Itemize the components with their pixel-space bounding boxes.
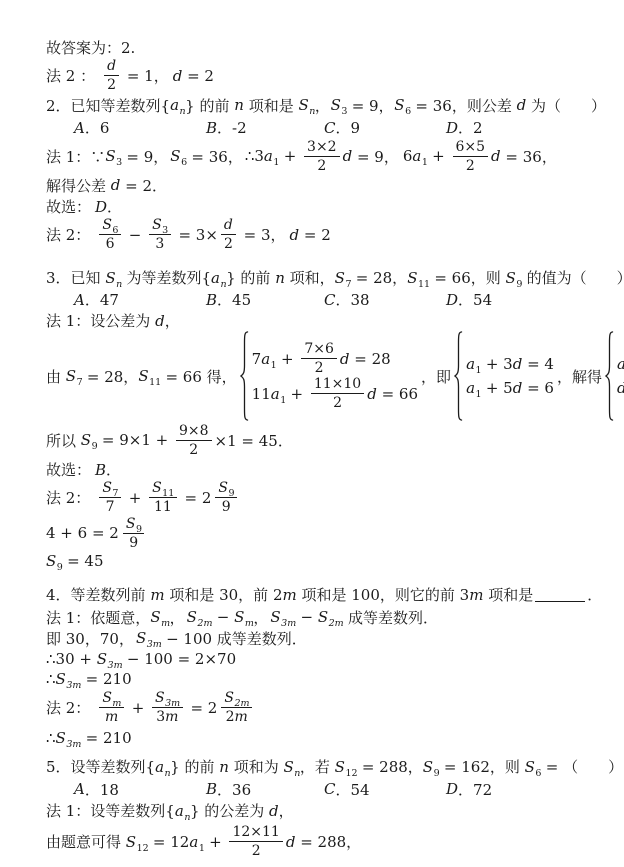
p3-statement: 3．已知 Sn 为等差数列{an} 的前 n 项和，S7 = 28，S11 = … xyxy=(46,266,606,289)
text-run: 11 xyxy=(154,499,172,515)
subscript: 9 xyxy=(229,488,235,499)
math-variable: a xyxy=(412,147,421,165)
text-run: + xyxy=(127,699,149,717)
math-variable: S xyxy=(155,690,165,706)
math-variable: S xyxy=(298,96,308,114)
text-run: ， xyxy=(315,95,330,116)
math-variable: S xyxy=(126,516,136,532)
choice-option-C: C．9 xyxy=(324,117,446,138)
text-run: ∴3 xyxy=(245,147,264,165)
text-run: + xyxy=(124,489,146,507)
fraction-denominator: 9 xyxy=(126,534,141,551)
subscripted-term: S2m xyxy=(318,608,343,626)
text-run: ∴ xyxy=(46,670,56,688)
equation-system: a1 = 1d = 1 xyxy=(605,331,624,421)
subscript: n xyxy=(220,279,226,290)
choice-option-A: A．18 xyxy=(74,779,206,800)
text-run: 7×6 xyxy=(304,341,334,357)
fraction-numerator: 12×11 xyxy=(229,824,282,842)
p5-statement: 5．设等差数列{an} 的前 n 项和为 Sn，若 S12 = 288，S9 =… xyxy=(46,755,606,779)
subscripted-term: S6 xyxy=(102,217,118,233)
subscripted-term: S2m xyxy=(187,608,212,626)
math-variable: m xyxy=(234,709,247,725)
fraction-numerator: S7 xyxy=(99,480,121,498)
p1-method2: 法 2 ：d2 = 1，d = 2 xyxy=(46,58,606,93)
subscript: 6 xyxy=(405,106,411,117)
math-variable: S xyxy=(56,729,66,747)
choice-value: ．47 xyxy=(85,289,119,310)
p3-method2-result: S9 = 45 xyxy=(46,551,606,571)
fraction: S77 xyxy=(99,480,121,515)
text-run: 3 xyxy=(156,709,165,725)
p5-options: A．18B．36C．54D．72 xyxy=(46,779,606,800)
subscript: 11 xyxy=(418,279,430,290)
text-run: 2 xyxy=(315,360,324,376)
subscript: 6 xyxy=(181,157,187,168)
text-run: = 28， xyxy=(351,267,407,288)
math-variable: a xyxy=(466,379,475,397)
math-variable: a xyxy=(271,385,280,403)
choice-letter: D xyxy=(446,119,458,137)
text-run: 法 2： xyxy=(46,697,90,718)
fraction: 12×112 xyxy=(229,824,282,859)
math-variable: d xyxy=(491,147,501,165)
equation-row: a1 + 5d = 6 xyxy=(466,376,554,400)
subscript: m xyxy=(245,618,254,629)
math-variable: S xyxy=(138,367,148,385)
text-run: 9 xyxy=(129,535,138,551)
choice-letter: A xyxy=(74,291,85,309)
text-run: = 66，则 xyxy=(430,267,506,288)
p4-statement: 4．等差数列前 m 项和是 30，前 2m 项和是 100，则它的前 3m 项和… xyxy=(46,583,606,607)
text-run: 2 xyxy=(252,843,261,859)
subscript: 7 xyxy=(112,488,118,499)
text-run: 项和是 100，则它的前 3 xyxy=(297,584,469,605)
text-run: } 的前 xyxy=(226,267,275,288)
text-run: } 的前 xyxy=(185,95,234,116)
fraction: Smm xyxy=(99,690,124,725)
fraction-denominator: 2 xyxy=(330,394,345,411)
fraction-numerator: d xyxy=(104,58,119,76)
text-run: 5．设等差数列{ xyxy=(46,756,155,777)
text-run: 由题意可得 xyxy=(46,831,126,852)
text-run: 项和， xyxy=(285,267,335,288)
text-run: = 9， xyxy=(347,95,394,116)
text-run: 6×5 xyxy=(456,139,486,155)
fraction-numerator: S3 xyxy=(149,217,171,235)
math-variable: S xyxy=(335,758,345,776)
text-run: 2 xyxy=(107,77,116,93)
subscripted-term: Sm xyxy=(102,690,121,706)
subscripted-term: a1 xyxy=(271,385,286,403)
subscript: 3 xyxy=(116,157,122,168)
subscripted-term: S3m xyxy=(97,650,122,668)
answer-blank xyxy=(535,601,585,602)
text-run: = 9， xyxy=(122,146,169,167)
p3-method2: 法 2：S77 + S1111 = 2S99 xyxy=(46,480,606,515)
text-run: 的值为（ ） xyxy=(522,267,624,288)
fraction: d2 xyxy=(104,58,119,93)
text-run: = 1， xyxy=(122,65,169,86)
fraction: S2m2m xyxy=(221,690,252,725)
subscripted-term: a1 xyxy=(617,355,624,373)
fraction: S3m3m xyxy=(152,690,183,725)
fraction: S1111 xyxy=(149,480,177,515)
subscripted-term: a1 xyxy=(189,833,204,851)
fraction-numerator: S9 xyxy=(215,480,237,498)
equation-system: a1 + 3d = 4a1 + 5d = 6 xyxy=(454,331,554,421)
equation-system-rows: a1 = 1d = 1 xyxy=(617,352,624,400)
fraction-denominator: m xyxy=(102,708,121,725)
text-run: = 36， xyxy=(501,146,557,167)
math-variable: d xyxy=(224,217,233,233)
p4-step2: ∴30 + S3m − 100 = 2×70 xyxy=(46,649,606,669)
subscripted-term: S6 xyxy=(170,147,186,165)
fraction: S99 xyxy=(215,480,237,515)
text-run: = 9×1 + xyxy=(97,431,173,449)
math-variable: a xyxy=(264,147,273,165)
math-variable: S xyxy=(81,431,91,449)
choice-option-B: B．45 xyxy=(206,289,324,310)
text-run: + xyxy=(279,147,301,165)
choice-letter: C xyxy=(324,780,335,798)
fraction-denominator: 2 xyxy=(186,441,201,458)
subscripted-term: S3m xyxy=(56,729,81,747)
subscripted-term: an xyxy=(211,269,226,287)
text-run: − xyxy=(212,608,234,626)
subscript: 3m xyxy=(66,680,81,691)
p4-step1: 即 30，70，S3m − 100 成等差数列． xyxy=(46,628,606,649)
equation-row: 7a1 + 7×62d = 28 xyxy=(252,341,418,376)
subscripted-term: a1 xyxy=(466,355,481,373)
text-run: ． xyxy=(106,459,121,480)
subscript: 3 xyxy=(341,106,347,117)
text-run: 3 xyxy=(155,236,164,252)
text-run: 法 2： xyxy=(46,487,90,508)
p3-options: A．47B．45C．38D．54 xyxy=(46,289,606,310)
subscripted-term: an xyxy=(175,802,190,820)
text-run: 即 xyxy=(436,366,451,387)
math-variable: S xyxy=(407,269,417,287)
fraction-denominator: 7 xyxy=(103,498,118,515)
text-run: = 2． xyxy=(120,175,167,196)
text-run: 11 xyxy=(252,385,271,403)
fraction: 7×62 xyxy=(301,341,337,376)
math-variable: S xyxy=(525,758,535,776)
fraction: S99 xyxy=(123,516,145,551)
subscripted-term: Sm xyxy=(150,608,169,626)
text-run: ∴ xyxy=(46,729,56,747)
choice-option-D: D．72 xyxy=(446,779,492,800)
subscripted-term: S7 xyxy=(335,269,351,287)
text-run: 法 2： xyxy=(46,224,90,245)
fraction-denominator: 2 xyxy=(314,157,329,174)
text-run: = 2 xyxy=(182,67,214,85)
text-run: + xyxy=(276,350,298,368)
math-variable: d xyxy=(513,379,523,397)
subscript: 1 xyxy=(422,157,428,168)
p2-method1: 法 1：∵S3 = 9，S6 = 36，∴3a1 + 3×22d = 9，6a1… xyxy=(46,138,606,174)
equation-system: 7a1 + 7×62d = 2811a1 + 11×102d = 66 xyxy=(240,331,418,421)
fraction-numerator: S3m xyxy=(152,690,183,708)
p4-method1: 法 1：依题意，Sm，S2m − Sm，S3m − S2m 成等差数列． xyxy=(46,607,606,628)
subscript: 1 xyxy=(273,157,279,168)
subscripted-term: an xyxy=(170,96,185,114)
choice-value: ．9 xyxy=(335,117,360,138)
subscripted-term: S3m xyxy=(155,690,180,706)
subscript: 3m xyxy=(281,618,296,629)
text-run: − 100 成等差数列． xyxy=(161,628,307,649)
math-variable: S xyxy=(318,608,328,626)
choice-value: ．45 xyxy=(217,289,251,310)
math-variable: a xyxy=(189,833,198,851)
subscript: 3m xyxy=(66,739,81,750)
p3-compute: 所以 S9 = 9×1 + 9×82×1 = 45． xyxy=(46,421,606,459)
math-variable: m xyxy=(150,586,164,604)
text-run: ， xyxy=(165,310,180,331)
text-run: ， xyxy=(421,366,436,387)
fraction-denominator: 2 xyxy=(312,359,327,376)
subscript: 9 xyxy=(434,768,440,779)
subscripted-term: S9 xyxy=(46,552,62,570)
left-brace-icon xyxy=(240,331,249,421)
text-run: ， xyxy=(279,800,294,821)
text-run: 3×2 xyxy=(307,139,337,155)
answer-note: 故答案为：2. xyxy=(46,36,606,58)
choice-letter: C xyxy=(324,119,335,137)
text-run: 2 xyxy=(189,442,198,458)
equation-system-rows: a1 + 3d = 4a1 + 5d = 6 xyxy=(466,352,554,400)
fraction: 3×22 xyxy=(304,139,340,174)
fraction: d2 xyxy=(221,217,236,252)
text-run: ∴30 + xyxy=(46,650,97,668)
subscript: 12 xyxy=(345,768,357,779)
math-variable: S xyxy=(152,217,162,233)
subscripted-term: S6 xyxy=(525,758,541,776)
math-variable: S xyxy=(331,96,341,114)
math-variable: n xyxy=(219,758,229,776)
math-variable: n xyxy=(275,269,285,287)
text-run: + xyxy=(286,385,308,403)
p4-result1: ∴S3m = 210 xyxy=(46,669,606,689)
math-variable: S xyxy=(270,608,280,626)
fraction-numerator: S11 xyxy=(149,480,177,498)
choice-value: ．18 xyxy=(85,779,119,800)
math-variable: S xyxy=(170,147,180,165)
fraction: 9×82 xyxy=(176,423,212,458)
fraction-denominator: 2 xyxy=(463,157,478,174)
subscripted-term: S3m xyxy=(56,670,81,688)
math-variable: S xyxy=(102,217,112,233)
subscript: 9 xyxy=(136,524,142,535)
fraction-denominator: 2 xyxy=(221,235,236,252)
subscript: 1 xyxy=(199,843,205,854)
text-run: 2 xyxy=(226,709,235,725)
subscript: 6 xyxy=(112,225,118,236)
subscripted-term: S2m xyxy=(224,690,249,706)
math-variable: S xyxy=(335,269,345,287)
choice-option-D: D．54 xyxy=(446,289,492,310)
text-run: = 6 xyxy=(522,379,554,397)
subscripted-term: S9 xyxy=(81,431,97,449)
subscripted-term: Sn xyxy=(105,269,121,287)
subscripted-term: a1 xyxy=(261,350,276,368)
vertical-gap xyxy=(46,571,606,583)
text-run: = 9， xyxy=(352,146,399,167)
text-run: 6 xyxy=(106,236,115,252)
choice-option-B: B．36 xyxy=(206,779,324,800)
text-run: 项和为 xyxy=(229,756,284,777)
subscript: 11 xyxy=(162,488,174,499)
text-run: = 210 xyxy=(81,670,132,688)
math-variable: a xyxy=(617,355,624,373)
text-run: 即 30，70， xyxy=(46,628,134,649)
text-run: + xyxy=(427,147,449,165)
subscript: 3m xyxy=(108,660,123,671)
text-run: 项和是 xyxy=(483,584,533,605)
p5-step1: 由题意可得 S12 = 12a1 + 12×112d = 288， xyxy=(46,822,606,862)
p3-answer: 故选：B． xyxy=(46,459,606,480)
text-run: } 的前 xyxy=(170,756,219,777)
text-run: ． xyxy=(107,196,122,217)
text-run: = 4 xyxy=(522,355,554,373)
subscript: n xyxy=(184,812,190,823)
math-variable: S xyxy=(46,552,56,570)
math-variable: S xyxy=(56,670,66,688)
left-brace-icon xyxy=(454,331,463,421)
math-variable: S xyxy=(394,96,404,114)
math-variable: d xyxy=(173,67,183,85)
choice-option-D: D．2 xyxy=(446,117,483,138)
math-variable: m xyxy=(469,586,483,604)
text-run: 为（ ） xyxy=(526,95,606,116)
fraction-numerator: Sm xyxy=(99,690,124,708)
math-variable: a xyxy=(170,96,179,114)
fraction-numerator: 11×10 xyxy=(311,376,364,394)
math-variable: a xyxy=(175,802,184,820)
fraction-denominator: 3 xyxy=(152,235,167,252)
subscript: 3m xyxy=(165,698,180,709)
text-run: ，若 xyxy=(300,756,335,777)
choice-letter: D xyxy=(446,780,458,798)
subscript: 3m xyxy=(147,639,162,650)
text-run: − xyxy=(296,608,318,626)
choice-value: ．54 xyxy=(458,289,492,310)
text-run: = 288， xyxy=(295,831,361,852)
choice-letter: A xyxy=(74,780,85,798)
math-variable: m xyxy=(282,586,296,604)
choice-value: ．-2 xyxy=(217,117,247,138)
math-variable: d xyxy=(269,802,279,820)
subscripted-term: S3m xyxy=(136,629,161,647)
subscripted-term: S9 xyxy=(423,758,439,776)
text-run: 为等差数列{ xyxy=(122,267,211,288)
subscript: m xyxy=(112,698,121,709)
text-run: = 28 xyxy=(349,350,390,368)
text-run: ， xyxy=(170,607,185,628)
math-variable: d xyxy=(290,226,300,244)
text-run: = 3， xyxy=(239,224,286,245)
choice-value: ．38 xyxy=(335,289,369,310)
fraction: S66 xyxy=(99,217,121,252)
vertical-gap xyxy=(46,252,606,266)
text-run: ． xyxy=(587,584,602,605)
math-variable: d xyxy=(513,355,523,373)
subscript: 9 xyxy=(516,279,522,290)
text-run: 9×8 xyxy=(179,423,209,439)
text-run: = 66 得， xyxy=(161,366,237,387)
text-run: = 288， xyxy=(357,756,423,777)
subscript: 1 xyxy=(476,365,482,376)
text-run: = 210 xyxy=(81,729,132,747)
subscripted-term: an xyxy=(155,758,170,776)
text-run: 9 xyxy=(222,499,231,515)
math-variable: a xyxy=(466,355,475,373)
fraction-numerator: S2m xyxy=(221,690,252,708)
fraction: 11×102 xyxy=(311,376,364,411)
text-run: ×1 = 45． xyxy=(215,430,293,451)
math-variable: S xyxy=(506,269,516,287)
text-run: 项和是 30，前 2 xyxy=(165,584,283,605)
math-variable: S xyxy=(150,608,160,626)
text-run: 7 xyxy=(106,499,115,515)
math-variable: S xyxy=(105,147,115,165)
text-run: ， xyxy=(557,366,572,387)
text-run: = 2 xyxy=(299,226,331,244)
choice-value: ．6 xyxy=(85,117,110,138)
p3-method2-step: 4 + 6 = 2S99 xyxy=(46,516,606,551)
math-variable: m xyxy=(105,709,118,725)
math-variable: S xyxy=(187,608,197,626)
choice-option-B: B．-2 xyxy=(206,117,324,138)
text-run: 法 1：依题意， xyxy=(46,607,150,628)
subscript: 2m xyxy=(329,618,344,629)
subscript: 1 xyxy=(280,395,286,406)
text-run: 法 1：设等差数列{ xyxy=(46,800,175,821)
math-variable: S xyxy=(66,367,76,385)
text-run: 4 + 6 = 2 xyxy=(46,524,119,542)
subscripted-term: S11 xyxy=(407,269,429,287)
equation-system-rows: 7a1 + 7×62d = 2811a1 + 11×102d = 66 xyxy=(252,341,418,411)
text-run: 法 1：∵ xyxy=(46,146,105,167)
choice-letter: D xyxy=(446,291,458,309)
text-run: 2 xyxy=(317,158,326,174)
p5-method1: 法 1：设等差数列{an} 的公差为 d， xyxy=(46,800,606,822)
text-run: 解得公差 xyxy=(46,175,111,196)
subscript: 1 xyxy=(271,360,277,371)
math-variable: d xyxy=(340,350,350,368)
equation-row: d = 1 xyxy=(617,376,624,400)
subscripted-term: S3m xyxy=(270,608,295,626)
text-run: + 5 xyxy=(481,379,513,397)
p2-method2: 法 2：S66 − S33 = 3×d2 = 3，d = 2 xyxy=(46,217,606,252)
subscript: n xyxy=(294,768,300,779)
p4-method2: 法 2：Smm + S3m3m = 2S2m2m xyxy=(46,689,606,727)
subscripted-term: a1 xyxy=(264,147,279,165)
math-variable: S xyxy=(126,833,136,851)
math-variable: d xyxy=(111,176,121,194)
p3-method1: 法 1：设公差为 d， xyxy=(46,310,606,331)
math-variable: a xyxy=(211,269,220,287)
subscript: n xyxy=(116,279,122,290)
text-run: = 66 xyxy=(377,385,418,403)
text-run: = 45 xyxy=(62,552,103,570)
text-run: 成等差数列． xyxy=(343,607,438,628)
choice-value: ．36 xyxy=(217,779,251,800)
text-run: 6 xyxy=(403,147,413,165)
choice-letter: C xyxy=(324,291,335,309)
fraction-denominator: 2m xyxy=(223,708,251,725)
